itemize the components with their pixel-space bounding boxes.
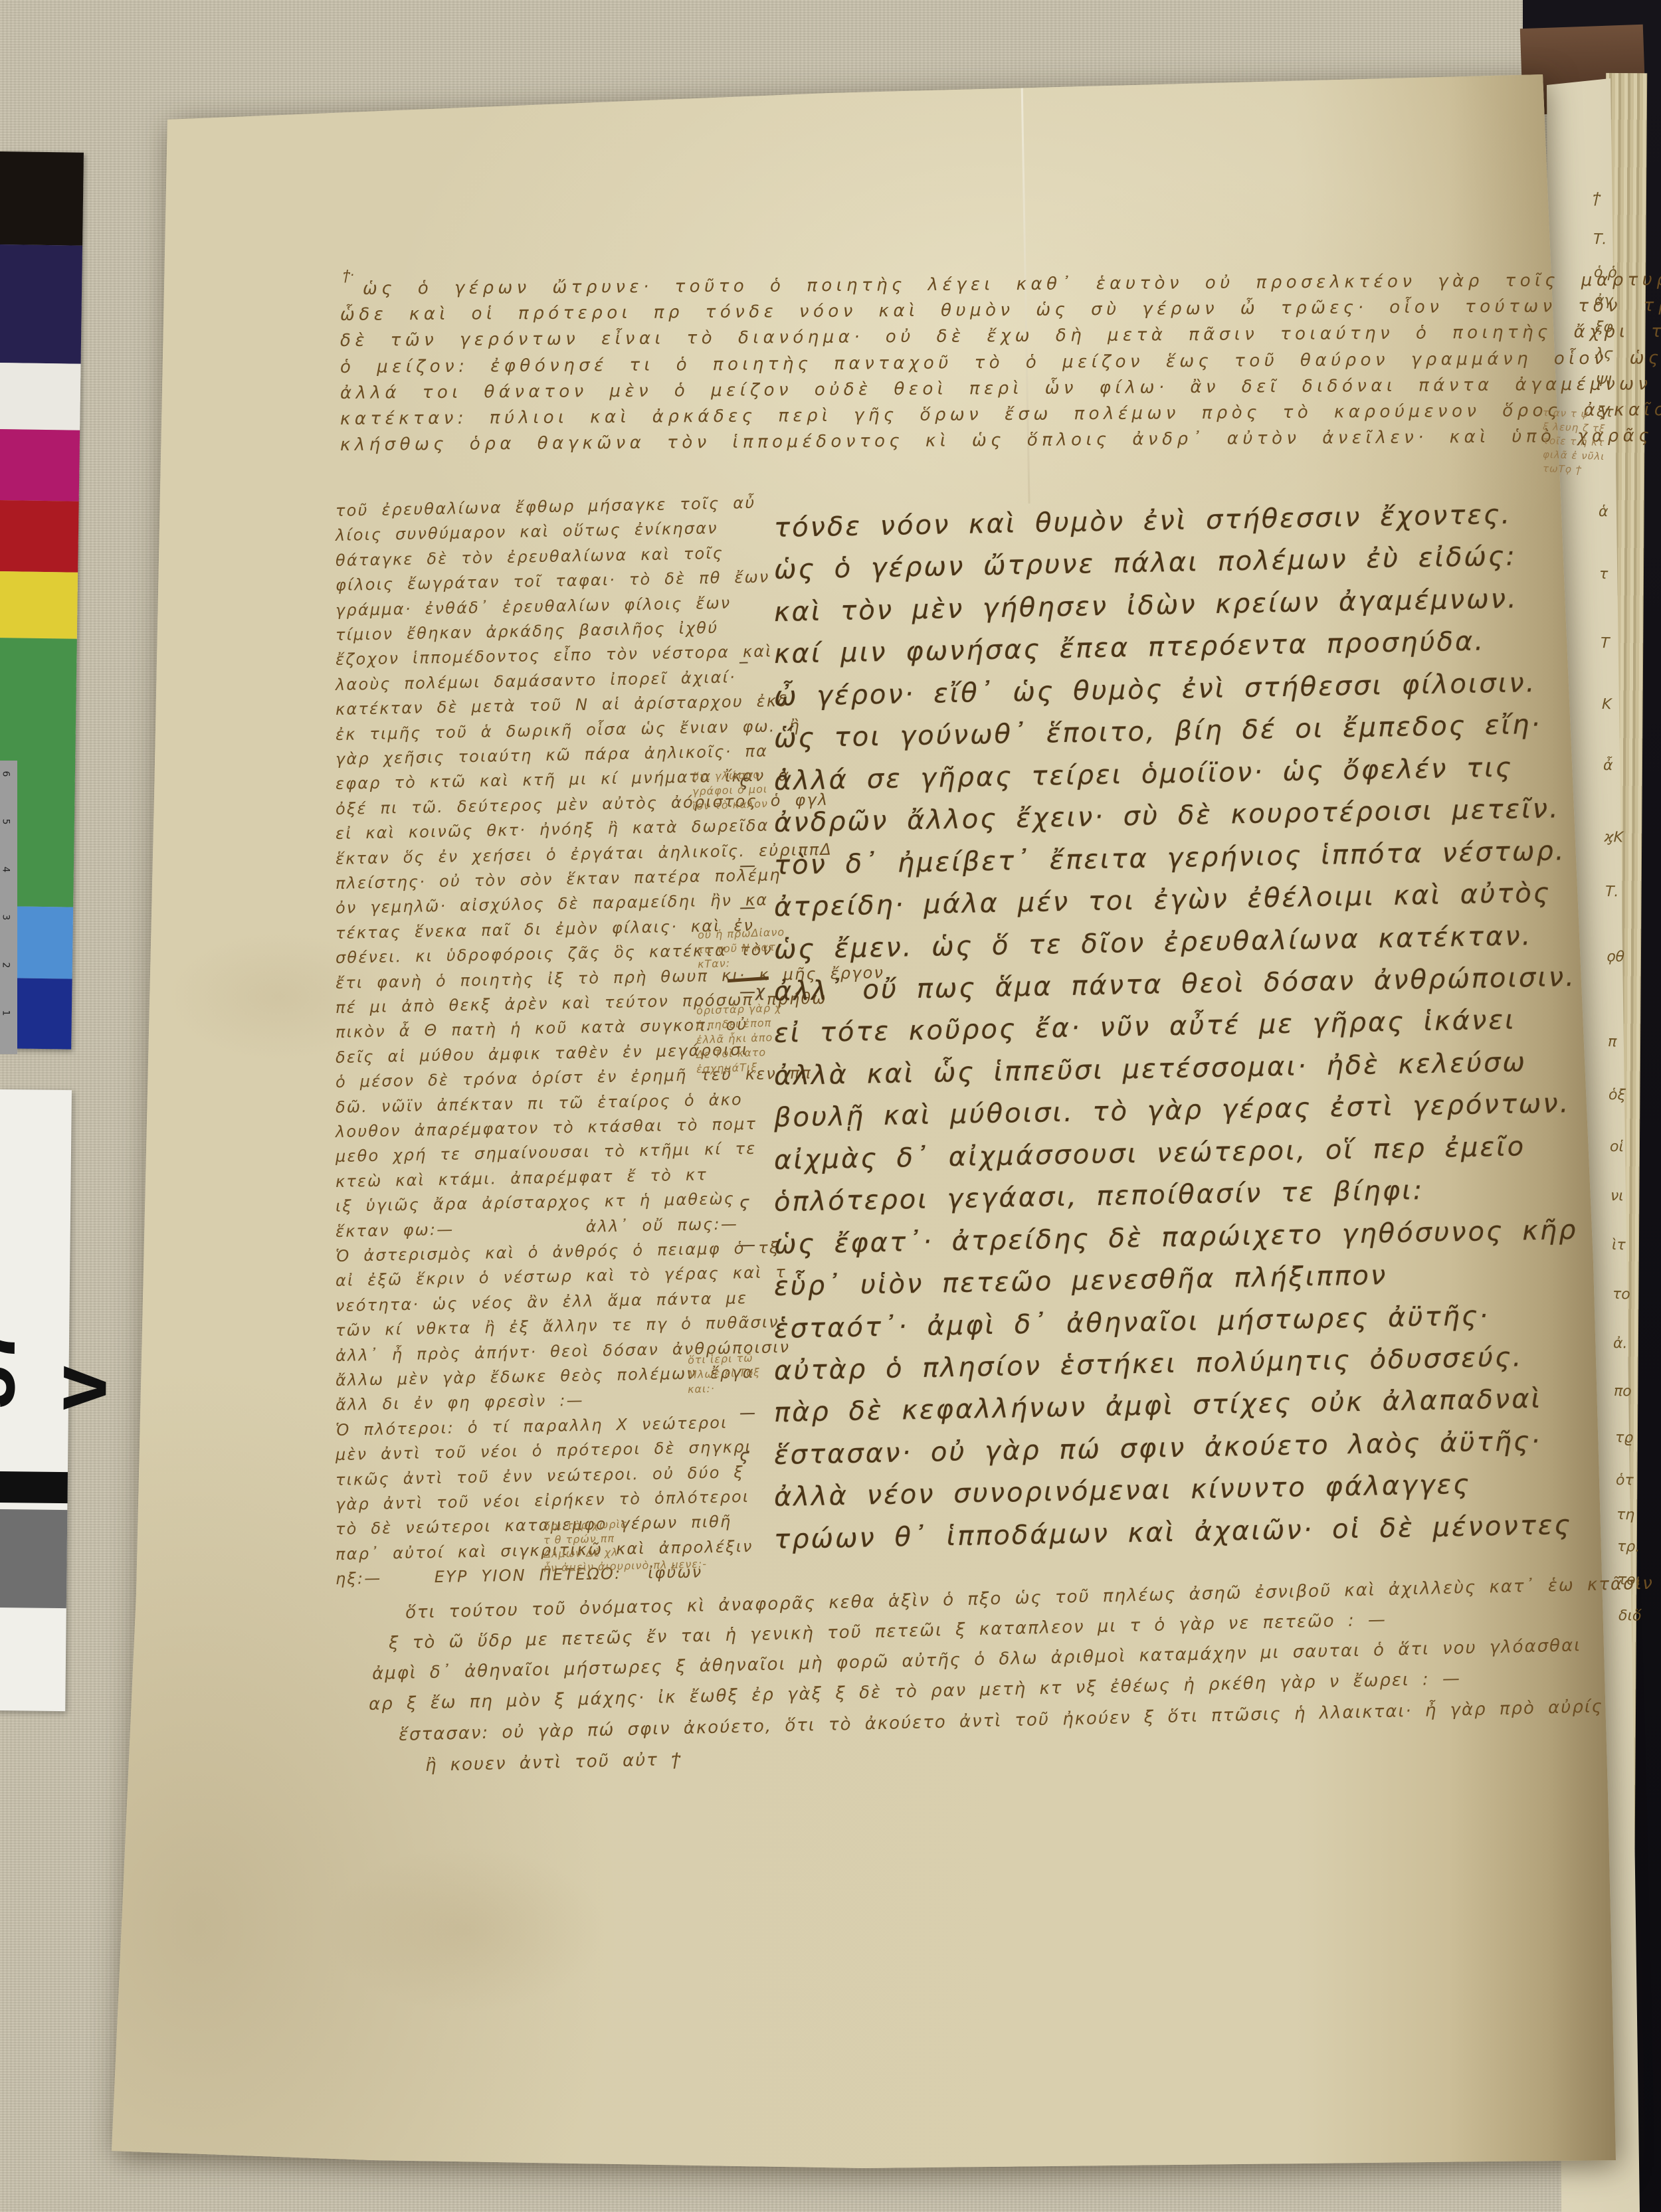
main-text-line: _καί μιν φωνήσας ἔπεα πτερόεντα προσηύδα… [774, 626, 1486, 670]
left-scholia-line: δῶ. νῶϊν ἀπέκταν πι τῶ ἑταίρος ὁ ἀκο [336, 1090, 743, 1117]
gloss-line: ἐλλᾶ ἧκι ἀπο [696, 1031, 773, 1046]
main-text-line: ϛὁπλότεροι γεγάασι, πεποίθασίν τε βίηφι: [774, 1175, 1424, 1218]
left-scholia-line: κτεὼ καὶ κτάμι. ἀπαρέμφατ ἔ τὸ κτ [336, 1165, 708, 1191]
left-scholia-line: ἔζοχον ἱππομέδοντος εἶπο τὸν νέστορα καὶ [336, 642, 773, 670]
gloss-line: ὁριστὰρ γὰρ χ [696, 1002, 782, 1017]
next-folio-letter: ἀγ [1595, 292, 1613, 310]
gloss-line: ὁ πηδει ἐποπ [696, 1016, 772, 1032]
left-scholia-line: λαοὺς πολέμωι δαμάσαντο ἰπορεῖ ἀχιαί· [336, 668, 736, 694]
left-scholia-line: εἰ καὶ κοινῶς θκτ· ἠνόηξ ἢ κατὰ δωρεῖδα [336, 816, 769, 844]
left-scholia-line: ἐκ τιμῆς τοῦ ἁ δωρικῆ οἷσα ὡς ἔνιαν φω. … [336, 716, 801, 743]
left-scholia-line: τικῶς ἀντὶ τοῦ ἐνν νεώτεροι. οὐ δύο ξ [336, 1463, 745, 1489]
next-folio-letter: ὁξ [1609, 1087, 1626, 1104]
next-folio-letter: ϯ [1593, 190, 1601, 207]
main-text-line: ἀλλὰ νέον συνορινόμεναι κίνυντο φάλαγγες [774, 1469, 1471, 1513]
line-text: ΨΙ [1596, 373, 1612, 390]
line-text: ὡς ἔφατ᾽· ἀτρείδης δὲ παρώιχετο γηθόσυνο… [774, 1214, 1578, 1259]
line-text: εἰ τότε κοῦρος ἔα· νῦν αὖτέ με γῆρας ἱκά… [774, 1005, 1516, 1049]
line-text: ξτ [1597, 404, 1614, 421]
line-text: ξφ [1595, 319, 1612, 336]
main-text-line: εἰ τότε κοῦρος ἔα· νῦν αὖτέ με γῆρας ἱκά… [774, 1005, 1516, 1049]
next-folio-letter: λϛ [1595, 345, 1612, 363]
main-text-line: —τὸν δ᾽ ἠμείβετ᾽ ἔπειτα γερήνιος ἱππότα … [774, 836, 1566, 881]
line-marker: — [739, 1235, 756, 1253]
main-text-line: τόνδε νόον καὶ θυμὸν ἐνὶ στήθεσσιν ἔχοντ… [774, 500, 1512, 543]
color-patch-red [0, 500, 79, 573]
label-black-band [0, 1471, 68, 1503]
main-text-line: καὶ τὸν μὲν γήθησεν ἰδὼν κρείων ἀγαμέμνω… [774, 583, 1519, 628]
line-text: ἁ [1598, 504, 1608, 520]
next-folio-letter: τ [1599, 566, 1609, 583]
line-text: ἀλλά σε γῆρας τείρει ὁμοίϊον· ὡς ὄφελέν … [774, 752, 1514, 796]
line-text: καὶ τὸν μὲν γήθησεν ἰδὼν κρείων ἀγαμέμνω… [774, 583, 1519, 628]
line-text: ϙθ [1606, 949, 1624, 966]
line-text: ὡς ὁ γέρων ὤτρυνε πάλαι πολέμων ἐὺ εἰδώς… [774, 541, 1517, 585]
line-text: ὡς ἔμεν. ὡς ὅ τε δῖον ἐρευθαλίωνα κατέκτ… [774, 921, 1533, 965]
next-folio-letter: νι [1611, 1188, 1624, 1204]
left-scholia-line: γὰρ ἀντὶ τοῦ νέοι εἰρήκεν τὸ ὁπλότεροι [336, 1487, 750, 1514]
line-text: ϗΚ [1604, 829, 1624, 846]
main-text-line: ὡς ὁ γέρων ὤτρυνε πάλαι πολέμων ἐὺ εἰδώς… [774, 541, 1517, 585]
line-text: βουλῇ καὶ μύθοισι. τὸ γὰρ γέρας ἐστὶ γερ… [774, 1088, 1571, 1133]
gloss-line: Δλμων Δὲ χλ [543, 1546, 619, 1560]
next-folio-letter: οἱ [1610, 1139, 1624, 1155]
line-text: λϛ [1595, 345, 1612, 363]
line-marker: —χ [739, 982, 765, 1001]
next-folio-letter: πο [1614, 1383, 1632, 1400]
left-scholia-line: νεότητα· ὡς νέος ἂν ἐλλ ἅμα πάντα με [336, 1289, 748, 1315]
line-text: ἕστασαν· οὐ γὰρ πώ σφιν ἀκούετο λαὸς ἀϋτ… [774, 1426, 1542, 1471]
line-text: Τ. [1605, 883, 1619, 900]
gloss-line: Δε Τοὶ κατο [696, 1046, 767, 1061]
gloss-line: γράφοι ὁ μοι [692, 783, 768, 798]
left-scholia-line: γὰρ χεῆσις τοιαύτη κῶ πάρα ἀηλικοῖς· πα [336, 742, 769, 769]
gloss-line: τοῖε τ ἡ κτ [1543, 434, 1605, 448]
left-scholia-line: τέκτας ἕνεκα παῖ δι ἐμὸν φίλαις· καὶ ἐν [336, 916, 755, 943]
line-text: τ [1599, 566, 1609, 583]
next-folio-letter: ἀ. [1613, 1335, 1628, 1352]
next-folio-letter: Τ. [1593, 231, 1607, 248]
line-text: ὁτ [1616, 1472, 1634, 1489]
left-scholia-line: φίλοις ἔωγράταν τοῖ ταφαι· τὸ δὲ πθ ἔων [336, 568, 770, 595]
line-text: Τ [1601, 635, 1610, 652]
folio-label-card: 57 v [0, 1089, 72, 1711]
main-text-line: ὥς τοι γούνωθ᾽ ἕποιτο, βίη δέ οι ἔμπεδος… [774, 709, 1542, 754]
gloss-line: φιλᾶ ἐ νῦλι [1543, 448, 1605, 462]
next-folio-letter: ἆ [1603, 757, 1612, 774]
gloss-line: τ αν τ ψ [1543, 407, 1589, 420]
top-scholia-line: ὡς ὁ γέρων ὤτρυνε· τοῦτο ὁ ποιητὴς λέγει… [363, 262, 1661, 299]
left-scholia-line: κατέκταν δὲ μετὰ τοῦ Ν αἱ ἀρίσταρχου ἐκδ [336, 691, 789, 719]
line-text: ὥς τοι γούνωθ᾽ ἕποιτο, βίη δέ οι ἔμπεδος… [774, 709, 1542, 754]
line-text: Κ [1602, 696, 1612, 713]
ruler-number: 1 [0, 1010, 11, 1016]
left-scholia-line: Ὁ πλότεροι: ὁ τί παραλλη Χ νεώτεροι [336, 1413, 728, 1439]
gloss-line: οὐ ἡ πρωΔἰανο [698, 925, 785, 941]
top-scholia-line: δὲ τῶν γερόντων εἶναι τὸ διανόημα· οὐ δὲ… [340, 320, 1661, 351]
left-scholia-line: Ὁ ἀστερισμὸς καὶ ὁ ἀνθρός ὁ πειαμφ ὁ τξ [336, 1238, 780, 1265]
main-text-line: ϛἀλλά σε γῆρας τείρει ὁμοίϊον· ὡς ὄφελέν… [774, 752, 1514, 796]
line-text: διὅ [1618, 1608, 1641, 1625]
line-text: οἱ [1610, 1139, 1624, 1155]
line-text: τϱ [1614, 1429, 1633, 1447]
next-folio-letter: ὶτ [1611, 1237, 1625, 1253]
line-text: π [1608, 1034, 1617, 1050]
next-folio-letter: ξτ [1597, 404, 1614, 421]
manuscript-photo: { "photo": {"background_color":"#c7c0ab"… [0, 0, 1661, 2212]
left-scholia-line: ἄλλ δι ἐν φη φρεσὶν :— [336, 1391, 584, 1414]
folio-number-label: 57 v [0, 1325, 143, 1406]
gloss-line: τ θ τρών ππ [543, 1532, 615, 1546]
main-text-line: αἰχμὰς δ᾽ αἰχμάσσουσι νεώτεροι, οἵ περ ἐ… [774, 1131, 1526, 1176]
line-text: τὸν δ᾽ ἠμείβετ᾽ ἔπειτα γερήνιος ἱππότα ν… [774, 836, 1566, 881]
next-folio-letter: ὁ ῥ [1594, 264, 1617, 282]
left-scholia-line: λουθον ἀπαρέμφατον τὸ κτάσθαι τὸ πομτ [336, 1115, 757, 1141]
line-text: ϯ [1593, 190, 1601, 207]
line-text: αὐτὰρ ὁ πλησίον ἑστήκει πολύμητις ὀδυσσε… [774, 1342, 1523, 1386]
cross-mark: ϯ· [343, 267, 354, 283]
line-marker: — [739, 898, 756, 917]
main-text-line: —ἀτρείδη· μάλα μέν τοι ἐγὼν ἐθέλοιμι καὶ… [774, 878, 1551, 923]
ruler-number: 5 [0, 819, 11, 825]
next-folio-letter: τοι [1617, 1572, 1640, 1589]
gloss-line: τωΤϙ ϯ [1543, 462, 1582, 476]
next-folio-letter: τη [1616, 1507, 1635, 1524]
left-scholia-line: λίοις συνθύμαρον καὶ οὕτως ἐνίκησαν [336, 519, 718, 545]
line-text: ἆ [1603, 757, 1612, 774]
left-scholia-line: ἕκταν φω:— ἀλλ᾽ οὔ πως:— [336, 1214, 739, 1241]
color-patch-black [0, 151, 84, 246]
line-text: ἀ. [1613, 1335, 1628, 1352]
gloss-line: Μλωὲ εἰ Τοξ [688, 1366, 761, 1381]
ruler-number: 3 [0, 915, 11, 921]
line-marker: ϛ [739, 1446, 749, 1465]
line-text: αἰχμὰς δ᾽ αἰχμάσσουσι νεώτεροι, οἵ περ ἐ… [774, 1131, 1526, 1176]
line-text: Τ. [1593, 231, 1607, 248]
next-folio-letter: ξφ [1595, 319, 1612, 336]
main-text-line: ἑσταότ᾽· ἀμφὶ δ᾽ ἀθηναῖοι μήστωρες ἀϋτῆς… [774, 1301, 1490, 1344]
line-text: ἑσταότ᾽· ἀμφὶ δ᾽ ἀθηναῖοι μήστωρες ἀϋτῆς… [774, 1301, 1490, 1344]
line-marker: — [739, 856, 756, 874]
line-text: το [1612, 1286, 1630, 1303]
line-marker: ϛ [739, 1193, 749, 1212]
left-scholia-line: τὸ δὲ νεώτεροι καταμεμφο γέρων πιθῆ [336, 1513, 732, 1538]
left-scholia-line: πικὸν ἆ Θ πατὴ ἡ κοῦ κατὰ συγκοπ. οὐ [336, 1015, 748, 1042]
ruler-number: 2 [0, 963, 11, 968]
line-text: ὦ γέρον· εἴθ᾽ ὡς θυμὸς ἐνὶ στήθεσσι φίλο… [774, 668, 1537, 712]
left-scholia-line: μεθο χρή τε σημαίνουσαι τὸ κτῆμι κί τε [336, 1139, 757, 1166]
color-patch-white [0, 363, 81, 430]
gloss-line: κΤαν: [698, 957, 731, 970]
next-folio-letter: ΨΙ [1596, 373, 1612, 390]
line-text: ὁπλότεροι γεγάασι, πεποίθασίν τε βίηφι: [774, 1175, 1424, 1218]
line-text: ἀγ [1595, 292, 1613, 310]
next-folio-letter: ϙθ [1606, 949, 1624, 966]
main-text-line: —ὡς ἔφατ᾽· ἀτρείδης δὲ παρώιχετο γηθόσυν… [774, 1214, 1578, 1259]
main-text-line: εὗρ᾽ υἱὸν πετεῶο μενεσθῆα πλήξιππον [774, 1260, 1388, 1302]
next-folio-letter: τρ. [1616, 1538, 1640, 1556]
left-scholia-line: θάταγκε δὲ τὸν ἐρευθαλίωνα καὶ τοῖς [336, 544, 724, 570]
line-text: ὁξ [1609, 1087, 1626, 1104]
left-scholia-line: πλείστης· οὐ τὸν σὸν ἕκταν πατέρα πολέμη [336, 866, 781, 893]
line-text: νι [1611, 1188, 1624, 1204]
next-folio-letter: Τ. [1605, 883, 1619, 900]
gloss-line: ἐσχημάΤιξ [696, 1061, 758, 1075]
gloss-line: ὅτι γλώσσο [692, 768, 761, 783]
color-patch-navy [0, 244, 82, 364]
gloss-line: ὅρι τὴρ χωρὶς [543, 1518, 628, 1532]
ruler-strip: 654321 [0, 761, 17, 1054]
page-text-layer: ϯ· ὡς ὁ γέρων ὤτρυνε· τοῦτο ὁ ποιητὴς λέ… [0, 0, 1661, 2212]
left-scholia-line: τοῦ ἐρευθαλίωνα ἔφθωρ μήσαγκε τοῖς αὖ [336, 494, 756, 520]
line-text: ἀλλὰ νέον συνορινόμεναι κίνυντο φάλαγγες [774, 1469, 1471, 1513]
line-text: ἀλλὰ καὶ ὧς ἱππεῦσι μετέσσομαι· ἠδὲ κελε… [774, 1047, 1527, 1091]
line-marker: _ [739, 645, 748, 664]
main-text-line: ἀνδρῶν ἄλλος ἔχειν· σὺ δὲ κουροτέροισι μ… [774, 793, 1561, 838]
next-folio-letter: ἁ [1598, 504, 1608, 520]
left-scholia-line: ιξ ὑγιῶς ἄρα ἀρίσταρχος κτ ἡ μαθεὼς [336, 1190, 735, 1216]
ruler-number: 6 [0, 771, 11, 777]
left-scholia-line: μὲν ἀντὶ τοῦ νέοι ὁ πρότεροι δὲ σηγκρι [336, 1437, 752, 1464]
line-text: τρώων θ᾽ ἱπποδάμων καὶ ἀχαιῶν· οἱ δὲ μέν… [774, 1510, 1573, 1555]
main-text-line: βουλῇ καὶ μύθοισι. τὸ γὰρ γέρας ἐστὶ γερ… [774, 1088, 1571, 1133]
left-scholia-line: τίμιον ἔθηκαν ἀρκάδης βασιλῆος ἰχθύ [336, 618, 719, 644]
main-text-line: ἀλλὰ καὶ ὧς ἱππεῦσι μετέσσομαι· ἠδὲ κελε… [774, 1047, 1527, 1091]
next-folio-letter: το [1612, 1286, 1630, 1303]
label-gray-patch [0, 1509, 67, 1608]
line-text: τόνδε νόον καὶ θυμὸν ἐνὶ στήθεσσιν ἔχοντ… [774, 500, 1512, 543]
next-folio-letter: Τ [1601, 635, 1610, 652]
next-folio-letter: Κ [1602, 696, 1612, 713]
line-text: ἀλλ᾽ οὔ πως ἅμα πάντα θεοὶ δόσαν ἀνθρώπο… [774, 962, 1577, 1007]
line-text: ὁ ῥ [1594, 264, 1617, 282]
left-scholia-line: αἰ ἐξῶ ἕκριν ὁ νέστωρ καὶ τὸ γέρας καὶ τ [336, 1263, 787, 1290]
line-text: τρ. [1616, 1538, 1640, 1556]
main-text-line: τρώων θ᾽ ἱπποδάμων καὶ ἀχαιῶν· οἱ δὲ μέν… [774, 1510, 1573, 1555]
gloss-line: ξ λευη ζ τξ [1543, 420, 1606, 434]
line-text: ἀτρείδη· μάλα μέν τοι ἐγὼν ἐθέλοιμι καὶ … [774, 878, 1551, 923]
next-folio-letter: ϗΚ [1604, 829, 1624, 846]
line-marker: — [739, 1404, 756, 1422]
main-text-line: ὡς ἔμεν. ὡς ὅ τε δῖον ἐρευθαλίωνα κατέκτ… [774, 921, 1533, 965]
left-scholia-line: δεῖς αἱ μύθου ἀμφικ ταθὲν ἐν μεγάροισι [336, 1040, 749, 1067]
line-text: καί μιν φωνήσας ἔπεα πτερόεντα προσηύδα. [774, 626, 1486, 670]
bottom-scholia-line: ἢ κουεν ἀντὶ τοῦ αὐτ ϯ [425, 1750, 682, 1776]
color-patch-magenta [0, 429, 80, 502]
left-scholia-line: ἕκταν ὅς ἐν χεήσει ὁ ἐργάται ἀηλικοῖς. ε… [336, 840, 832, 868]
line-text: εὗρ᾽ υἱὸν πετεῶο μενεσθῆα πλήξιππον [774, 1260, 1388, 1302]
main-text-line: αὐτὰρ ὁ πλησίον ἑστήκει πολύμητις ὀδυσσε… [774, 1342, 1523, 1386]
line-text: πο [1614, 1383, 1632, 1400]
line-text: τοι [1617, 1572, 1640, 1589]
next-folio-letter: τϱ [1614, 1429, 1633, 1447]
left-scholia-line: γράμμα· ἐνθάδ᾽ ἐρευθαλίων φίλοις ἔων [336, 593, 732, 619]
main-text-line: —χἀλλ᾽ οὔ πως ἅμα πάντα θεοὶ δόσαν ἀνθρώ… [774, 962, 1577, 1007]
left-scholia-line: τῶν κί νθκτα ἢ ἐξ ἄλλην τε πγ ὁ πυθᾶσιν [336, 1313, 779, 1340]
color-patch-yellow [0, 571, 78, 639]
main-text-line: ὦ γέρον· εἴθ᾽ ὡς θυμὸς ἐνὶ στήθεσσι φίλο… [774, 668, 1537, 712]
line-text: ἀνδρῶν ἄλλος ἔχειν· σὺ δὲ κουροτέροισι μ… [774, 793, 1561, 838]
main-text-line: ϛἕστασαν· οὐ γὰρ πώ σφιν ἀκούετο λαὸς ἀϋ… [774, 1426, 1542, 1471]
next-folio-letter: π [1608, 1034, 1617, 1050]
line-text: ὶτ [1611, 1237, 1625, 1253]
left-scholia-line: ὀν γεμηλῶ· αἰσχύλος δὲ παραμείδηι ἢν κα [336, 891, 769, 918]
main-text-line: —πὰρ δὲ κεφαλλήνων ἀμφὶ στίχες οὐκ ἀλαπα… [774, 1384, 1543, 1428]
gloss-line: ὅτι ἱερι τῶ [688, 1352, 753, 1366]
ruler-number: 4 [0, 867, 11, 873]
gloss-line: ἴον τὸ καλον [692, 797, 769, 812]
gloss-line: και:· [688, 1382, 716, 1396]
line-text: τη [1616, 1507, 1635, 1524]
line-text: πὰρ δὲ κεφαλλήνων ἀμφὶ στίχες οὐκ ἀλαπαδ… [774, 1384, 1543, 1428]
next-folio-letter: διὅ [1618, 1608, 1641, 1625]
next-folio-letter: ὁτ [1616, 1472, 1634, 1489]
